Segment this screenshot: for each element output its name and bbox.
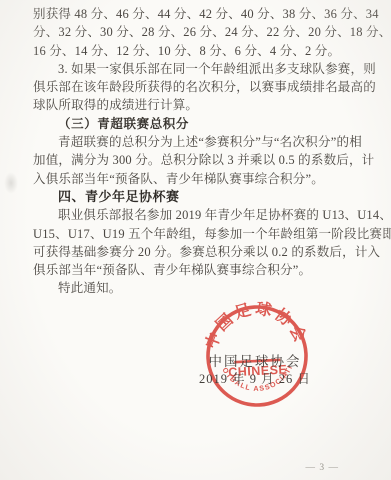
- signature-org-name: 中国足球协会: [175, 350, 335, 370]
- document-line: 3. 如果一家俱乐部在同一个年龄组派出多支球队参赛，则: [33, 60, 362, 78]
- document-line: 入俱乐部当年“预备队、青少年梯队赛事综合积分”。: [33, 170, 362, 188]
- document-line: 俱乐部当年“预备队、青少年梯队赛事综合积分”。: [33, 261, 362, 279]
- page-number: — 3 —: [306, 463, 340, 473]
- document-line: 俱乐部在该年龄段所获得的名次积分，以赛事成绩排名最高的: [33, 78, 362, 96]
- signature-date: 2019 年 9 月 26 日: [160, 369, 350, 387]
- document-body: 别获得 48 分、46 分、44 分、42 分、40 分、38 分、36 分、3…: [33, 0, 362, 298]
- document-line: 职业俱乐部报名参加 2019 年青少年足协杯赛的 U13、U14、: [33, 206, 362, 224]
- notice-closing-line: 特此通知。: [33, 279, 362, 297]
- document-line: 青超联赛的总积分为上述“参赛积分”与“名次积分”的相: [33, 133, 362, 151]
- section-heading-youth-fa-cup: 四、青少年足协杯赛: [33, 188, 362, 206]
- document-line: 球队所取得的成绩进行计算。: [33, 96, 362, 114]
- scanned-document-page: 别获得 48 分、46 分、44 分、42 分、40 分、38 分、36 分、3…: [0, 0, 391, 480]
- document-line: 16 分、14 分、12 分、10 分、8 分、6 分、4 分、2 分。: [33, 42, 362, 60]
- document-line: 别获得 48 分、46 分、44 分、42 分、40 分、38 分、36 分、3…: [33, 5, 362, 23]
- document-line: U15、U17、U19 五个年龄组，每参加一个年龄组第一阶段比赛即: [33, 225, 362, 243]
- scan-smudge-artifact: [4, 172, 18, 194]
- section-heading-qingchao-total-points: （三）青超联赛总积分: [33, 115, 362, 133]
- document-line: 分、32 分、30 分、28 分、26 分、24 分、22 分、20 分、18 …: [33, 23, 362, 41]
- document-line: 可获得基础参赛分 20 分。参赛总积分乘以 0.2 的系数后，计入: [33, 243, 362, 261]
- document-line: 加值，满分为 300 分。总积分除以 3 并乘以 0.5 的系数后，计: [33, 151, 362, 169]
